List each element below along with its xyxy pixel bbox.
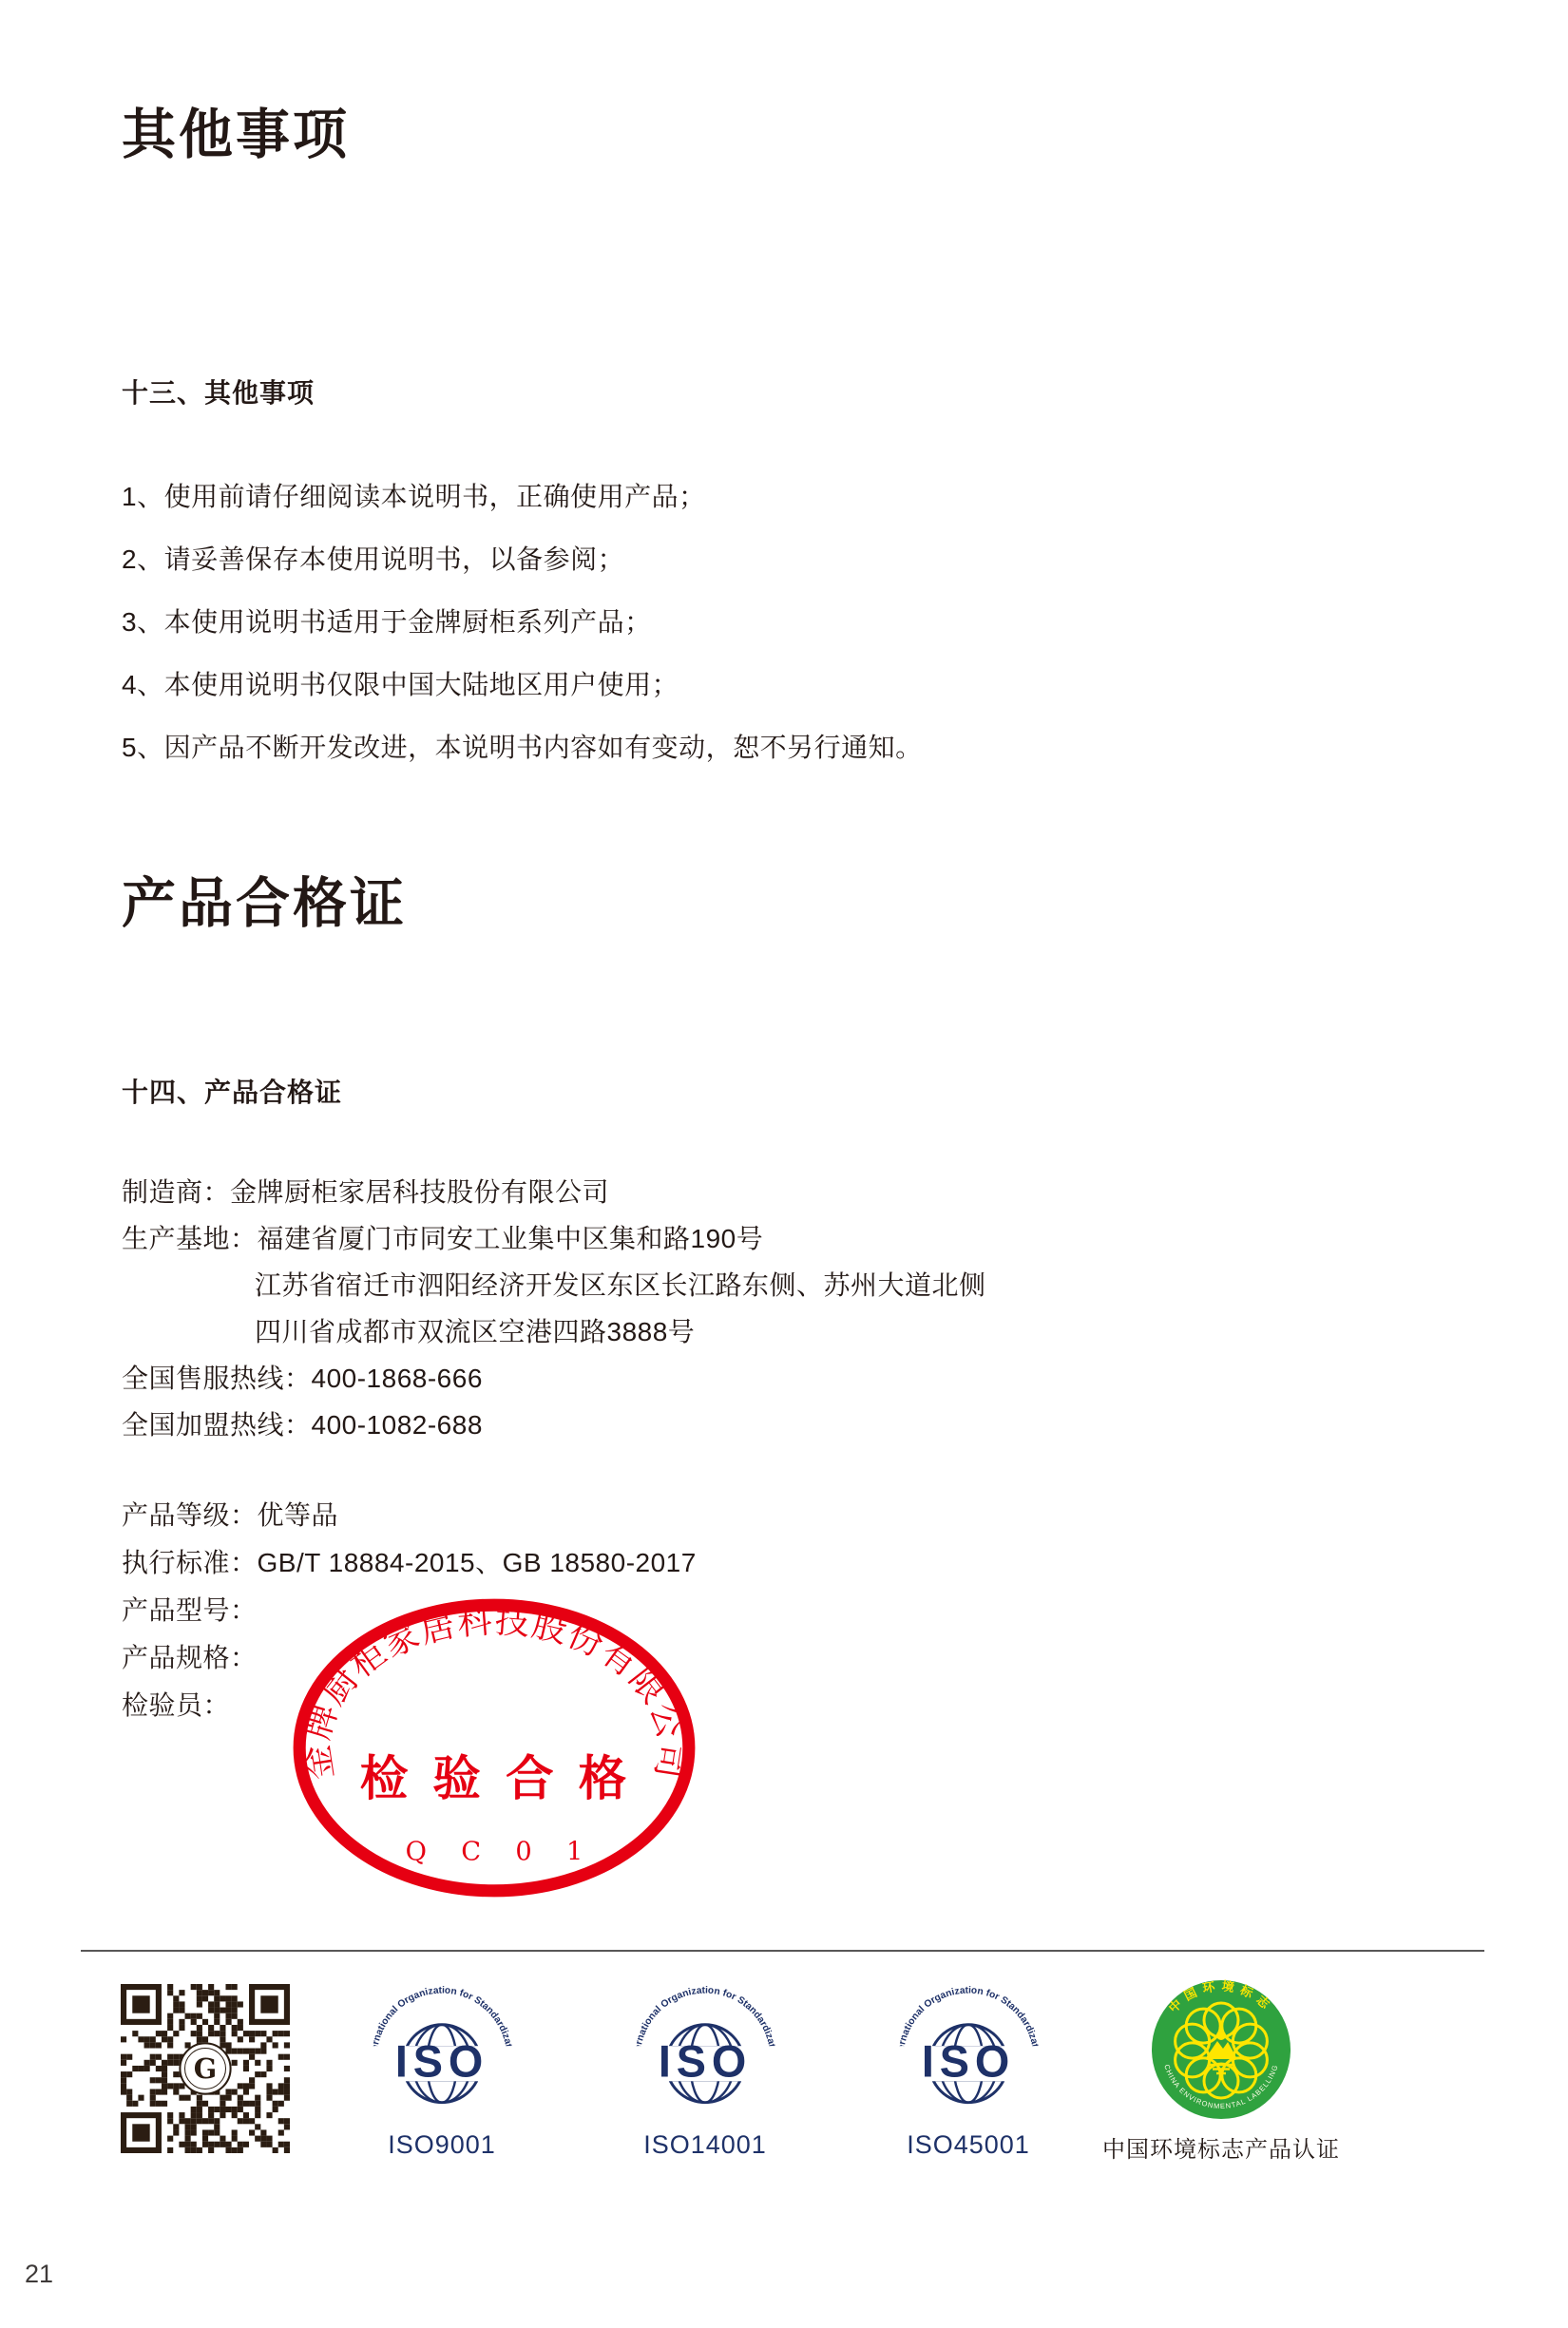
- iso-label: ISO9001: [347, 2130, 537, 2160]
- list-item: 5、因产品不断开发改进，本说明书内容如有变动，恕不另行通知。: [122, 716, 923, 779]
- iso-label: ISO14001: [610, 2130, 800, 2160]
- list-item: 1、使用前请仔细阅读本说明书，正确使用产品；: [122, 466, 923, 528]
- qr-center-letter: G: [194, 2052, 217, 2085]
- iso9001-logo: International Organization for Standardi…: [347, 1978, 537, 2160]
- stamp-center-text: 检验合格: [360, 1750, 652, 1806]
- spec-line: 产品等级：优等品: [122, 1492, 697, 1539]
- page-number: 21: [25, 2260, 53, 2289]
- inspection-stamp: 金牌厨柜家居科技股份有限公司 检验合格 QC01: [283, 1590, 705, 1906]
- section-heading-14: 十四、产品合格证: [122, 1072, 342, 1110]
- qr-code: G: [121, 1984, 290, 2153]
- list-item: 4、本使用说明书仅限中国大陆地区用户使用；: [122, 654, 923, 716]
- section-title-other: 其他事项: [122, 91, 350, 169]
- manufacturer-info: 制造商：金牌厨柜家居科技股份有限公司 生产基地：福建省厦门市同安工业集中区集和路…: [122, 1169, 986, 1448]
- iso-globe-text: ISO: [395, 2036, 488, 2086]
- iso-label: ISO45001: [873, 2130, 1063, 2160]
- info-line: 江苏省宿迁市泗阳经济开发区东区长江路东侧、苏州大道北侧: [122, 1262, 986, 1308]
- info-line: 生产基地：福建省厦门市同安工业集中区集和路190号: [122, 1215, 986, 1262]
- info-line: 制造商：金牌厨柜家居科技股份有限公司: [122, 1169, 986, 1215]
- iso-globe-text: ISO: [659, 2036, 752, 2086]
- iso14001-logo: International Organization for Standardi…: [610, 1978, 800, 2160]
- list-item: 2、请妥善保存本使用说明书，以备参阅；: [122, 528, 923, 591]
- iso-globe-text: ISO: [922, 2036, 1015, 2086]
- info-line: 全国售服热线：400-1868-666: [122, 1355, 986, 1402]
- other-items-list: 1、使用前请仔细阅读本说明书，正确使用产品； 2、请妥善保存本使用说明书，以备参…: [122, 466, 923, 779]
- eco-sun: [1216, 2031, 1226, 2040]
- list-item: 3、本使用说明书适用于金牌厨柜系列产品；: [122, 591, 923, 654]
- eco-caption: 中国环境标志产品认证: [1098, 2130, 1345, 2164]
- spec-line: 执行标准：GB/T 18884-2015、GB 18580-2017: [122, 1539, 697, 1587]
- info-line: 全国加盟热线：400-1082-688: [122, 1402, 986, 1448]
- section-heading-13: 十三、其他事项: [122, 372, 315, 410]
- info-line: 四川省成都市双流区空港四路3888号: [122, 1308, 986, 1355]
- section-title-cert: 产品合格证: [122, 860, 407, 938]
- china-environmental-label-logo: 中国环境标志 CHINA ENVIRONMENTAL LABELLING 中国环…: [1098, 1978, 1345, 2164]
- manual-page: 其他事项 十三、其他事项 1、使用前请仔细阅读本说明书，正确使用产品； 2、请妥…: [0, 0, 1568, 2328]
- footer-divider: [81, 1950, 1484, 1952]
- iso45001-logo: International Organization for Standardi…: [873, 1978, 1063, 2160]
- stamp-code-text: QC01: [406, 1838, 618, 1867]
